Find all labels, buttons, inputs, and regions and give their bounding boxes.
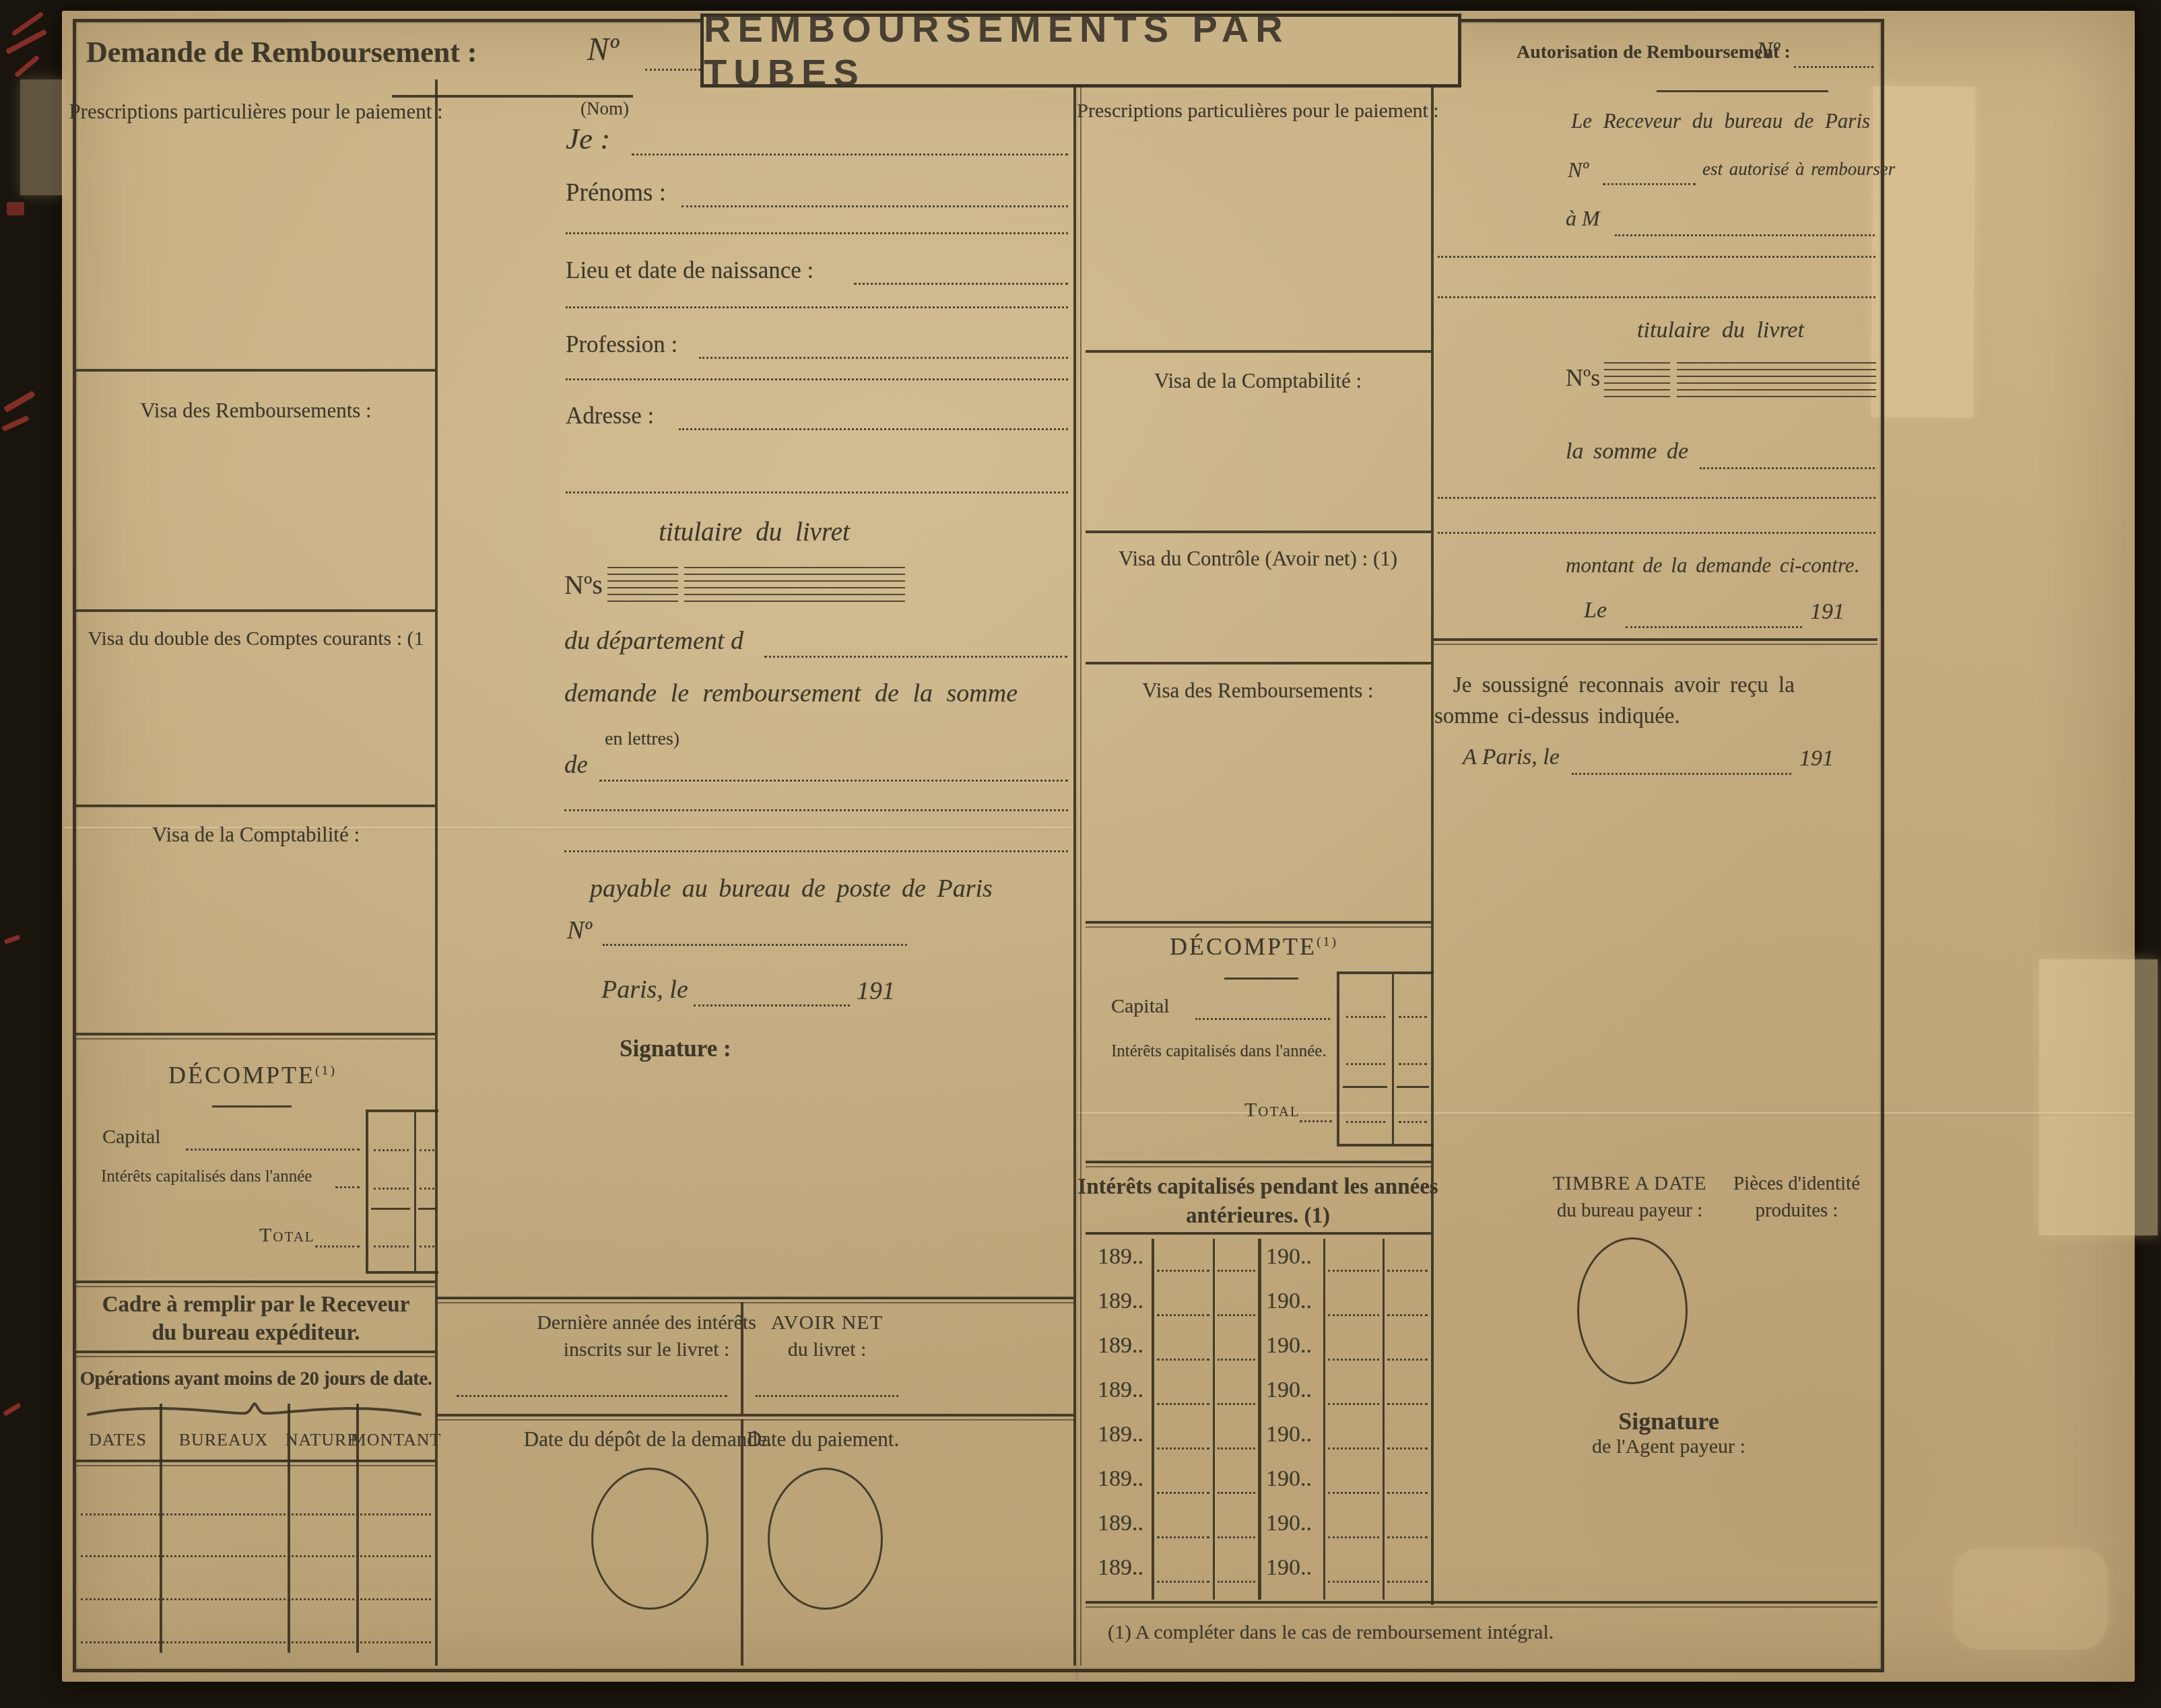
year-row-label: 189.. xyxy=(1098,1289,1143,1314)
year-cell xyxy=(1157,1536,1209,1538)
annee-hint: 191 xyxy=(1810,599,1844,625)
a-paris-date-field xyxy=(1572,773,1791,775)
prescriptions-label: Prescriptions particulières pour le paie… xyxy=(69,100,442,124)
year-row-label: 190.. xyxy=(1266,1511,1312,1536)
amount-cell xyxy=(1399,1121,1427,1123)
decompte-underline xyxy=(1224,978,1298,980)
header-underline xyxy=(1657,90,1828,92)
de-label: de xyxy=(564,751,588,780)
table-header-dates: DATES xyxy=(89,1430,147,1450)
numeros-label-right: Nºs xyxy=(1566,364,1600,392)
derniere-annee-line2: inscrits sur le livret : xyxy=(564,1338,730,1361)
receveur-no-field xyxy=(1603,183,1696,185)
somme-de-label: la somme de xyxy=(1566,439,1688,465)
year-cell xyxy=(1157,1581,1209,1583)
year-row-label: 190.. xyxy=(1266,1555,1312,1581)
write-line xyxy=(1438,296,1875,298)
prenoms-field xyxy=(681,205,1068,207)
year-cell xyxy=(1328,1447,1379,1449)
adresse-field xyxy=(679,428,1068,430)
compartment-rule xyxy=(76,1033,435,1039)
amount-cell xyxy=(1346,1016,1385,1018)
amount-box-divider xyxy=(414,1112,416,1271)
write-line xyxy=(1438,256,1875,258)
year-cell xyxy=(1157,1270,1209,1272)
year-row-label: 189.. xyxy=(1098,1511,1143,1536)
red-pencil-mark xyxy=(3,1402,21,1416)
capital-leader xyxy=(186,1149,360,1151)
cadre-receveur-line2: du bureau expéditeur. xyxy=(152,1321,360,1346)
numero-hatch-block xyxy=(684,567,905,606)
prescriptions-label-right: Prescriptions particulières pour le paie… xyxy=(1077,100,1438,123)
red-pencil-mark xyxy=(14,55,40,78)
write-line xyxy=(566,491,1068,493)
profession-field xyxy=(699,357,1068,359)
compartment-rule xyxy=(76,805,435,807)
table-header-montant: MONTANT xyxy=(351,1430,442,1450)
year-row-label: 189.. xyxy=(1098,1333,1143,1359)
amount-cell xyxy=(374,1245,409,1248)
annee-hint: 191 xyxy=(1799,746,1834,772)
year-cell xyxy=(1387,1270,1428,1272)
timbre-label-line1: TIMBRE A DATE xyxy=(1553,1173,1707,1195)
table-row xyxy=(81,1513,431,1515)
receveur-no-label: Nº xyxy=(1568,158,1589,182)
year-row-label: 189.. xyxy=(1098,1244,1143,1270)
red-pencil-mark xyxy=(3,390,36,413)
year-cell xyxy=(1218,1403,1255,1405)
visa-remboursements-label-right: Visa des Remboursements : xyxy=(1142,679,1373,703)
nom-hint: (Nom) xyxy=(580,98,629,119)
year-cell xyxy=(1218,1581,1255,1583)
tape-stain xyxy=(20,79,63,195)
a-m-field xyxy=(1615,234,1875,236)
year-cell xyxy=(1387,1536,1428,1538)
visa-remboursements-label: Visa des Remboursements : xyxy=(140,399,371,423)
interets-anterieurs-title1: Intérêts capitalisés pendant les années xyxy=(1077,1175,1438,1200)
footnote: (1) A compléter dans le cas de rembourse… xyxy=(1108,1621,1554,1644)
interets-anterieurs-title2: antérieures. (1) xyxy=(1186,1204,1330,1229)
year-row-label: 190.. xyxy=(1266,1466,1312,1492)
agent-signature-line1: Signature xyxy=(1618,1407,1719,1435)
naissance-field xyxy=(854,283,1068,285)
visa-comptes-courants-label: Visa du double des Comptes courants : (1 xyxy=(88,627,424,650)
year-cell xyxy=(1387,1447,1428,1449)
avoir-net-field xyxy=(756,1395,898,1397)
le-date-field xyxy=(1626,626,1802,628)
visa-controle-label: Visa du Contrôle (Avoir net) : (1) xyxy=(1119,547,1397,571)
total-leader xyxy=(315,1245,360,1248)
timbre-label-line2: du bureau payeur : xyxy=(1557,1200,1703,1222)
compartment-rule xyxy=(76,1351,435,1357)
table-divider xyxy=(1152,1239,1154,1600)
date-paiement-label: Date du paiement. xyxy=(747,1427,899,1451)
compartment-rule xyxy=(437,1414,1073,1421)
sum-line xyxy=(418,1208,436,1210)
table-row xyxy=(81,1555,431,1557)
year-row-label: 190.. xyxy=(1266,1333,1312,1359)
column-divider-right xyxy=(1431,83,1434,1605)
prenoms-label: Prénoms : xyxy=(566,178,666,207)
interets-annee-label: Intérêts capitalisés dans l'année xyxy=(101,1167,312,1186)
red-pencil-mark xyxy=(1,415,30,432)
brace-decoration xyxy=(84,1398,424,1418)
authorization-number-no: Nº xyxy=(1756,36,1780,65)
year-cell xyxy=(1157,1447,1209,1449)
visa-comptabilite-label: Visa de la Comptabilité : xyxy=(152,823,360,847)
capital-label: Capital xyxy=(102,1126,161,1149)
year-row-label: 190.. xyxy=(1266,1422,1312,1447)
tape-stain xyxy=(1871,86,1975,417)
tape-stain xyxy=(1953,1548,2108,1649)
table-divider xyxy=(1213,1239,1215,1600)
receveur-label: Le Receveur du bureau de Paris xyxy=(1571,109,1870,133)
table-divider xyxy=(160,1404,162,1653)
year-row-label: 189.. xyxy=(1098,1422,1143,1447)
year-cell xyxy=(1387,1359,1428,1361)
decompte-amount-box xyxy=(366,1109,438,1274)
year-cell xyxy=(1157,1403,1209,1405)
table-divider xyxy=(1323,1239,1325,1600)
year-row-label: 189.. xyxy=(1098,1555,1143,1581)
total-label: Total xyxy=(259,1224,315,1247)
je-label: Je : xyxy=(566,121,610,156)
payable-label: payable au bureau de poste de Paris xyxy=(590,874,993,903)
write-line xyxy=(1438,497,1875,499)
table-divider xyxy=(1383,1239,1385,1600)
half-divider xyxy=(1073,82,1082,1666)
scanned-form-photo: REMBOURSEMENTS PAR TUBES Demande de Remb… xyxy=(0,0,2161,1708)
year-cell xyxy=(1328,1314,1379,1316)
capital-leader xyxy=(1195,1018,1330,1020)
form-title-box: REMBOURSEMENTS PAR TUBES xyxy=(700,13,1461,88)
le-label: Le xyxy=(1584,598,1607,623)
table-header-nature: NATURE xyxy=(286,1430,359,1450)
naissance-label: Lieu et date de naissance : xyxy=(566,257,813,284)
avoir-net-line2: du livret : xyxy=(788,1338,867,1361)
compartment-rule xyxy=(1086,921,1431,928)
numero-hatch-block xyxy=(607,567,678,606)
table-header-rule xyxy=(76,1460,435,1466)
departement-label: du département d xyxy=(564,626,743,656)
recu-line2: somme ci-dessus indiquée. xyxy=(1434,704,1680,729)
autorise-label: est autorisé à rembourser xyxy=(1702,159,1895,180)
year-cell xyxy=(1387,1314,1428,1316)
numeros-label: Nºs xyxy=(564,569,603,601)
visa-comptabilite-label-right: Visa de la Comptabilité : xyxy=(1154,369,1362,393)
sum-line xyxy=(1343,1086,1387,1088)
date-depot-label: Date du dépôt de la demande. xyxy=(524,1427,772,1451)
date-field xyxy=(694,1004,850,1006)
amount-cell xyxy=(1346,1063,1385,1065)
compartment-rule xyxy=(1086,1161,1431,1167)
year-row-label: 190.. xyxy=(1266,1244,1312,1270)
total-leader xyxy=(1300,1120,1332,1122)
stamp-circle-depot xyxy=(591,1468,708,1610)
pieces-identite-line1: Pièces d'identité xyxy=(1733,1173,1860,1195)
year-cell xyxy=(1328,1536,1379,1538)
year-cell xyxy=(1387,1581,1428,1583)
je-field xyxy=(632,153,1068,156)
departement-field xyxy=(764,656,1067,658)
cell-divider xyxy=(741,1419,743,1666)
amount-cell xyxy=(420,1188,434,1190)
adresse-label: Adresse : xyxy=(566,403,654,430)
titulaire-label: titulaire du livret xyxy=(659,517,850,547)
titulaire-label-right: titulaire du livret xyxy=(1637,318,1804,343)
agent-signature-line2: de l'Agent payeur : xyxy=(1592,1435,1746,1458)
avoir-net-line1: AVOIR NET xyxy=(771,1311,883,1334)
numero-hatch-block xyxy=(1604,362,1670,400)
write-line xyxy=(564,850,1068,852)
year-cell xyxy=(1387,1492,1428,1494)
decompte-underline xyxy=(212,1105,292,1107)
year-cell xyxy=(1218,1447,1255,1449)
year-row-label: 190.. xyxy=(1266,1377,1312,1403)
somme-de-field xyxy=(1700,467,1875,469)
amount-cell xyxy=(420,1245,434,1248)
write-line xyxy=(566,378,1068,380)
table-header-rule xyxy=(1086,1232,1431,1235)
decompte-title: DÉCOMPTE(1) xyxy=(168,1061,337,1089)
table-row xyxy=(81,1598,431,1600)
year-cell xyxy=(1218,1492,1255,1494)
year-cell xyxy=(1157,1314,1209,1316)
compartment-rule xyxy=(76,609,435,612)
amount-cell xyxy=(1346,1121,1385,1123)
compartment-rule xyxy=(76,1280,435,1287)
red-pencil-mark xyxy=(4,934,21,945)
decompte-amount-box-right xyxy=(1337,971,1434,1147)
derniere-annee-field xyxy=(457,1395,727,1397)
year-cell xyxy=(1328,1359,1379,1361)
compartment-rule xyxy=(1086,531,1431,533)
request-number-no: Nº xyxy=(587,31,619,68)
en-lettres-hint: en lettres) xyxy=(605,728,679,750)
bureau-no-field xyxy=(603,944,907,946)
numero-hatch-block xyxy=(1677,362,1876,400)
year-cell xyxy=(1157,1492,1209,1494)
capital-label-right: Capital xyxy=(1111,995,1170,1018)
year-cell xyxy=(1218,1359,1255,1361)
year-cell xyxy=(1328,1492,1379,1494)
total-label-right: Total xyxy=(1244,1099,1300,1122)
amount-cell xyxy=(1399,1063,1427,1065)
year-cell xyxy=(1328,1581,1379,1583)
year-cell xyxy=(1218,1536,1255,1538)
year-cell xyxy=(1218,1270,1255,1272)
a-m-label: à M xyxy=(1566,206,1600,231)
column-divider-left xyxy=(435,79,438,1666)
demande-somme-label: demande le remboursement de la somme xyxy=(564,679,1018,708)
write-line xyxy=(566,306,1068,308)
cadre-receveur-line1: Cadre à remplir par le Receveur xyxy=(102,1293,410,1318)
profession-label: Profession : xyxy=(566,331,677,358)
table-header-bureaux: BUREAUX xyxy=(179,1430,269,1450)
signature-label: Signature : xyxy=(620,1035,731,1062)
interets-annee-label-right: Intérêts capitalisés dans l'année. xyxy=(1111,1042,1327,1061)
form-title: REMBOURSEMENTS PAR TUBES xyxy=(704,7,1458,94)
year-cell xyxy=(1328,1403,1379,1405)
compartment-rule xyxy=(76,369,435,372)
authorization-number-label: Autorisation de Remboursement : xyxy=(1517,42,1791,63)
tape-stain xyxy=(2039,959,2158,1235)
montant-label: montant de la demande ci-contre. xyxy=(1566,553,1859,578)
amount-cell xyxy=(374,1149,409,1151)
stamp-circle-payeur xyxy=(1577,1237,1688,1384)
somme-field xyxy=(599,780,1068,782)
amount-cell xyxy=(1399,1016,1427,1018)
year-cell xyxy=(1218,1314,1255,1316)
decompte-title-right: DÉCOMPTE(1) xyxy=(1170,932,1338,961)
table-divider-center xyxy=(1258,1239,1261,1600)
bureau-no-label: Nº xyxy=(567,916,592,945)
year-cell xyxy=(1157,1359,1209,1361)
compartment-rule xyxy=(1086,350,1431,353)
compartment-rule xyxy=(1086,662,1431,664)
sum-line xyxy=(371,1208,410,1210)
write-line xyxy=(566,232,1068,234)
operations-label: Opérations ayant moins de 20 jours de da… xyxy=(79,1368,432,1390)
year-row-label: 189.. xyxy=(1098,1466,1143,1492)
year-cell xyxy=(1328,1270,1379,1272)
stamp-circle-paiement xyxy=(768,1468,883,1610)
red-pencil-mark xyxy=(7,202,24,215)
interets-leader xyxy=(335,1186,360,1188)
compartment-rule xyxy=(437,1297,1073,1303)
request-number-label: Demande de Remboursement : xyxy=(86,35,477,69)
amount-cell xyxy=(420,1149,434,1151)
paris-le-label: Paris, le xyxy=(601,975,688,1004)
amount-cell xyxy=(374,1188,409,1190)
footnote-rule xyxy=(1086,1601,1877,1608)
sum-line xyxy=(1397,1086,1429,1088)
year-row-label: 190.. xyxy=(1266,1289,1312,1314)
write-line xyxy=(564,809,1068,811)
annee-hint: 191 xyxy=(857,976,895,1006)
amount-box-divider xyxy=(1392,974,1394,1144)
a-paris-label: A Paris, le xyxy=(1463,745,1560,770)
header-underline xyxy=(392,95,633,98)
year-row-label: 189.. xyxy=(1098,1377,1143,1403)
recu-line1: Je soussigné reconnais avoir reçu la xyxy=(1453,673,1795,698)
table-row xyxy=(81,1641,431,1643)
pieces-identite-line2: produites : xyxy=(1755,1200,1838,1222)
write-line xyxy=(1438,532,1875,534)
year-cell xyxy=(1387,1403,1428,1405)
derniere-annee-line1: Dernière année des intérêts xyxy=(537,1311,756,1334)
receipt-rule xyxy=(1434,638,1877,645)
authorization-number-field xyxy=(1794,66,1873,68)
